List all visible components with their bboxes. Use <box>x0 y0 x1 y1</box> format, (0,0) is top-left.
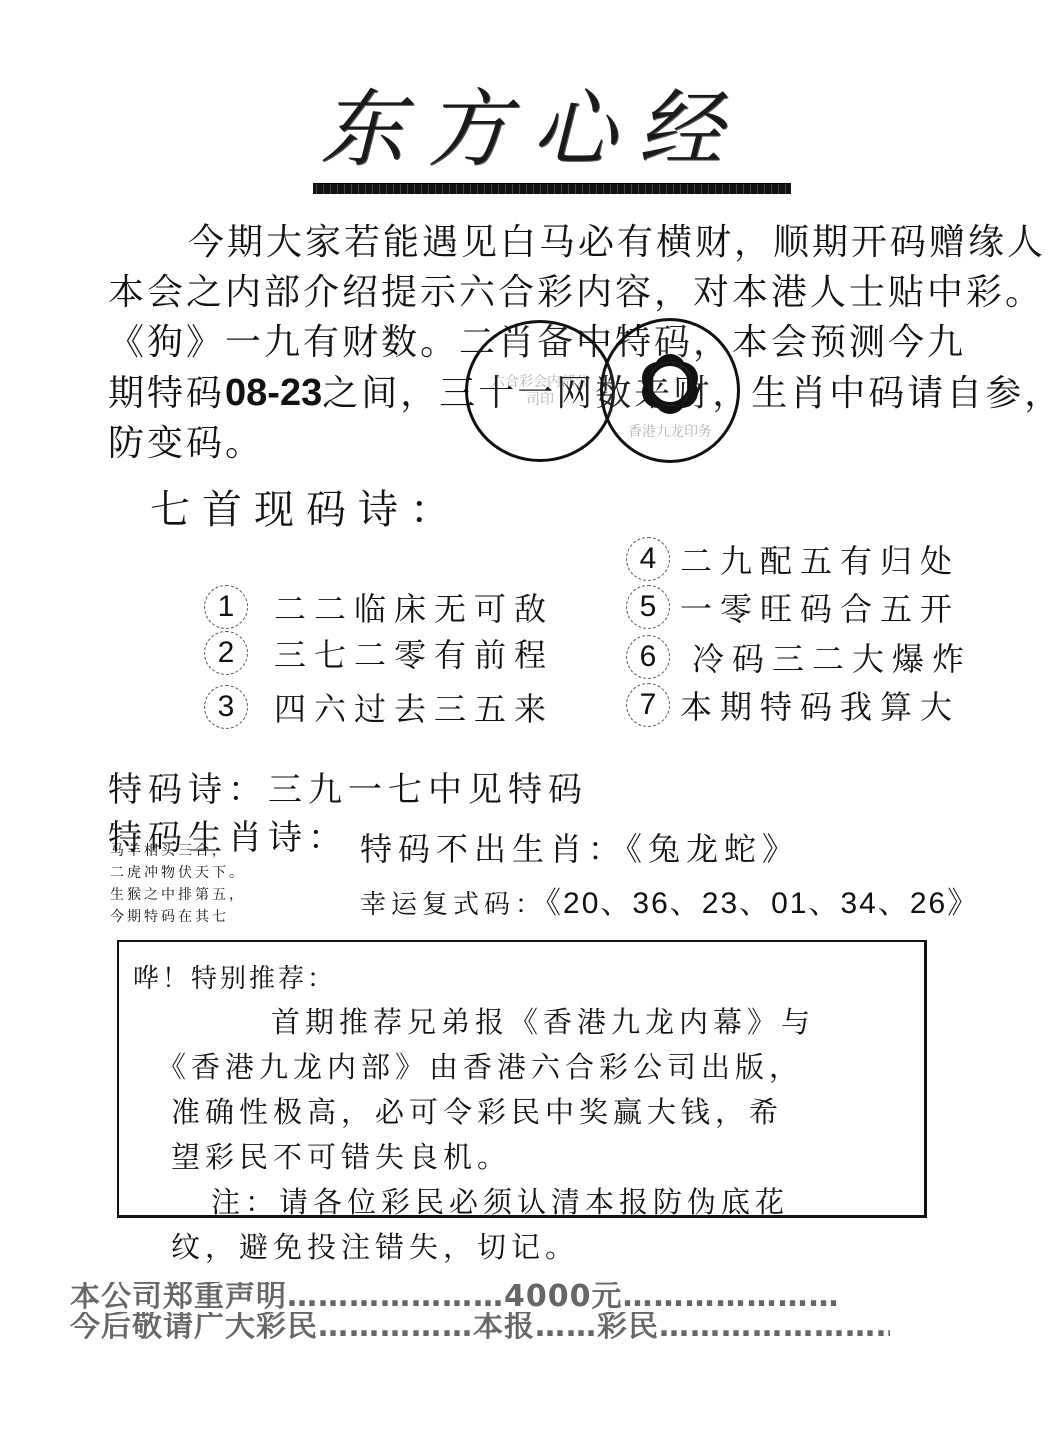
recommendation-note-line-2: 纹，避免投注错失，切记。 <box>171 1225 931 1270</box>
seal-stamp-left-text: 六合彩会内部公司印 <box>485 373 595 409</box>
zodiac-poem-line-3: 生猴之中排第五， <box>110 884 246 906</box>
circled-number-3: 3 <box>204 685 248 729</box>
zodiac-poem-line-1: 马羊相头三合， <box>110 840 246 862</box>
seal-stamp-left: 六合彩会内部公司印 <box>465 320 615 462</box>
recommendation-heading: 哗！特别推荐： <box>133 958 336 995</box>
poem-text-3: 四六过去三五来 <box>274 684 554 730</box>
poem-item-5: 5 一零旺码合五开 <box>626 584 960 630</box>
title-underline-divider <box>313 183 791 194</box>
recommendation-body: 首期推荐兄弟报《香港九龙内幕》与 《香港九龙内部》由香港六合彩公司出版， 准确性… <box>171 1000 931 1270</box>
poem-text-1: 二二临床无可敌 <box>274 584 554 630</box>
excluded-zodiac-value: 《兔龙蛇》 <box>626 830 800 868</box>
seal-stamp-right: 香港九龙印务 <box>600 318 740 463</box>
poem-text-5: 一零旺码合五开 <box>680 584 960 630</box>
seal-stamp-right-text: 香港九龙印务 <box>615 423 725 441</box>
zodiac-poem-line-2: 二虎冲物伏天下。 <box>110 862 246 884</box>
intro-line-1: 今期大家若能遇见白马必有横财，顺期开码赠缘人， <box>108 218 1028 268</box>
poem-text-6: 冷码三二大爆炸 <box>692 634 972 680</box>
footer-line-1: 本公司郑重声明…………………4000元………………… <box>70 1282 890 1312</box>
recommendation-box: 哗！特别推荐： 首期推荐兄弟报《香港九龙内幕》与 《香港九龙内部》由香港六合彩公… <box>117 940 927 1218</box>
footer-line-2: 今后敬请广大彩民……………本报……彩民…………………… <box>70 1312 890 1342</box>
recommendation-line-2: 《香港九龙内部》由香港六合彩公司出版， <box>157 1045 931 1090</box>
poem-item-2: 2 三七二零有前程 <box>204 630 554 676</box>
page-title: 东方心经 <box>320 82 800 177</box>
circled-number-7: 7 <box>626 683 670 727</box>
recommendation-note-line-1: 注：请各位彩民必须认清本报防伪底花 <box>171 1180 931 1225</box>
poem-item-4: 4 二九配五有归处 <box>626 536 960 582</box>
poem-item-6: 6 冷码三二大爆炸 <box>626 634 972 680</box>
poem-item-7: 7 本期特码我算大 <box>626 682 960 728</box>
circled-number-6: 6 <box>626 635 670 679</box>
poem-text-4: 二九配五有归处 <box>680 536 960 582</box>
flower-emblem-icon <box>648 362 692 406</box>
poem-text-7: 本期特码我算大 <box>680 682 960 728</box>
recommendation-line-3: 准确性极高，必可令彩民中奖赢大钱，希 <box>171 1090 931 1135</box>
special-number-range: 08-23 <box>225 372 322 414</box>
intro-line-4-prefix: 期特码 <box>108 373 225 414</box>
tema-poem: 特码诗：三九一七中见特码 <box>108 762 588 811</box>
excluded-zodiac-label: 特码不出生肖： <box>360 830 626 868</box>
circled-number-5: 5 <box>626 585 670 629</box>
circled-number-2: 2 <box>204 631 248 675</box>
intro-line-2: 本会之内部介绍提示六合彩内容，对本港人士贴中彩。 <box>108 268 1028 318</box>
zodiac-poem-line-4: 今期特码在其七 <box>110 906 246 928</box>
zodiac-poem: 马羊相头三合， 二虎冲物伏天下。 生猴之中排第五， 今期特码在其七 <box>110 840 246 928</box>
excluded-zodiac: 特码不出生肖：《兔龙蛇》 <box>360 824 800 870</box>
lucky-numbers: 幸运复式码：《20、36、23、01、34、26》 <box>360 878 979 922</box>
circled-number-4: 4 <box>626 537 670 581</box>
recommendation-line-4: 望彩民不可错失良机。 <box>171 1135 931 1180</box>
lucky-numbers-label: 幸运复式码： <box>360 890 546 920</box>
poem-text-2: 三七二零有前程 <box>274 630 554 676</box>
recommendation-line-1: 首期推荐兄弟报《香港九龙内幕》与 <box>171 1000 931 1045</box>
poem-item-1: 1 二二临床无可敌 <box>204 584 554 630</box>
poems-heading: 七首现码诗： <box>150 478 462 535</box>
lucky-numbers-value: 《20、36、23、01、34、26》 <box>546 887 979 920</box>
circled-number-1: 1 <box>204 585 248 629</box>
poem-item-3: 3 四六过去三五来 <box>204 684 554 730</box>
